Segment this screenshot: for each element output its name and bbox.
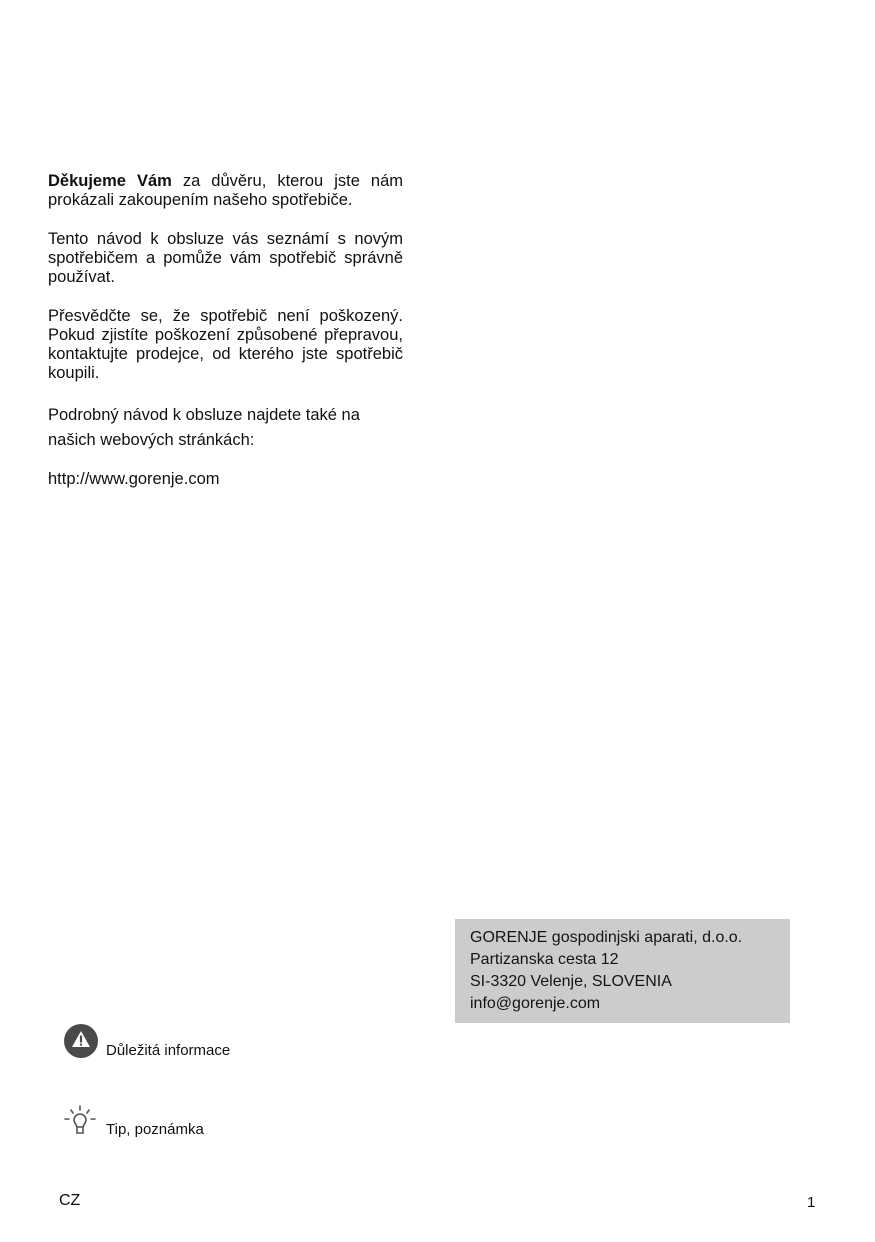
intro-text: Děkujeme Vám za důvěru, kterou jste nám …	[48, 172, 403, 489]
thanks-heading: Děkujeme Vám	[48, 172, 172, 190]
company-name: GORENJE gospodinjski aparati, d.o.o.	[470, 927, 775, 949]
website-paragraph: Podrobný návod k obsluze najdete také na…	[48, 403, 403, 453]
contact-email[interactable]: info@gorenje.com	[470, 993, 775, 1015]
warning-icon	[63, 1023, 99, 1059]
website-line-1: Podrobný návod k obsluze najdete také na	[48, 403, 403, 428]
street-address: Partizanska cesta 12	[470, 949, 775, 971]
thanks-paragraph: Děkujeme Vám za důvěru, kterou jste nám …	[48, 172, 403, 210]
page-number: 1	[807, 1194, 815, 1211]
legend-label-tip: Tip, poznámka	[106, 1121, 204, 1138]
language-code: CZ	[59, 1192, 80, 1210]
city-country: SI-3320 Velenje, SLOVENIA	[470, 971, 775, 993]
legend-label-important: Důležitá informace	[106, 1042, 230, 1059]
damage-paragraph: Přesvědčte se, že spotřebič není poškoze…	[48, 307, 403, 383]
manufacturer-address-box: GORENJE gospodinjski aparati, d.o.o. Par…	[455, 919, 790, 1023]
manual-paragraph: Tento návod k obsluze vás seznámí s nový…	[48, 230, 403, 287]
lightbulb-icon	[63, 1105, 99, 1141]
website-line-2: našich webových stránkách:	[48, 428, 403, 453]
website-link[interactable]: http://www.gorenje.com	[48, 470, 403, 489]
